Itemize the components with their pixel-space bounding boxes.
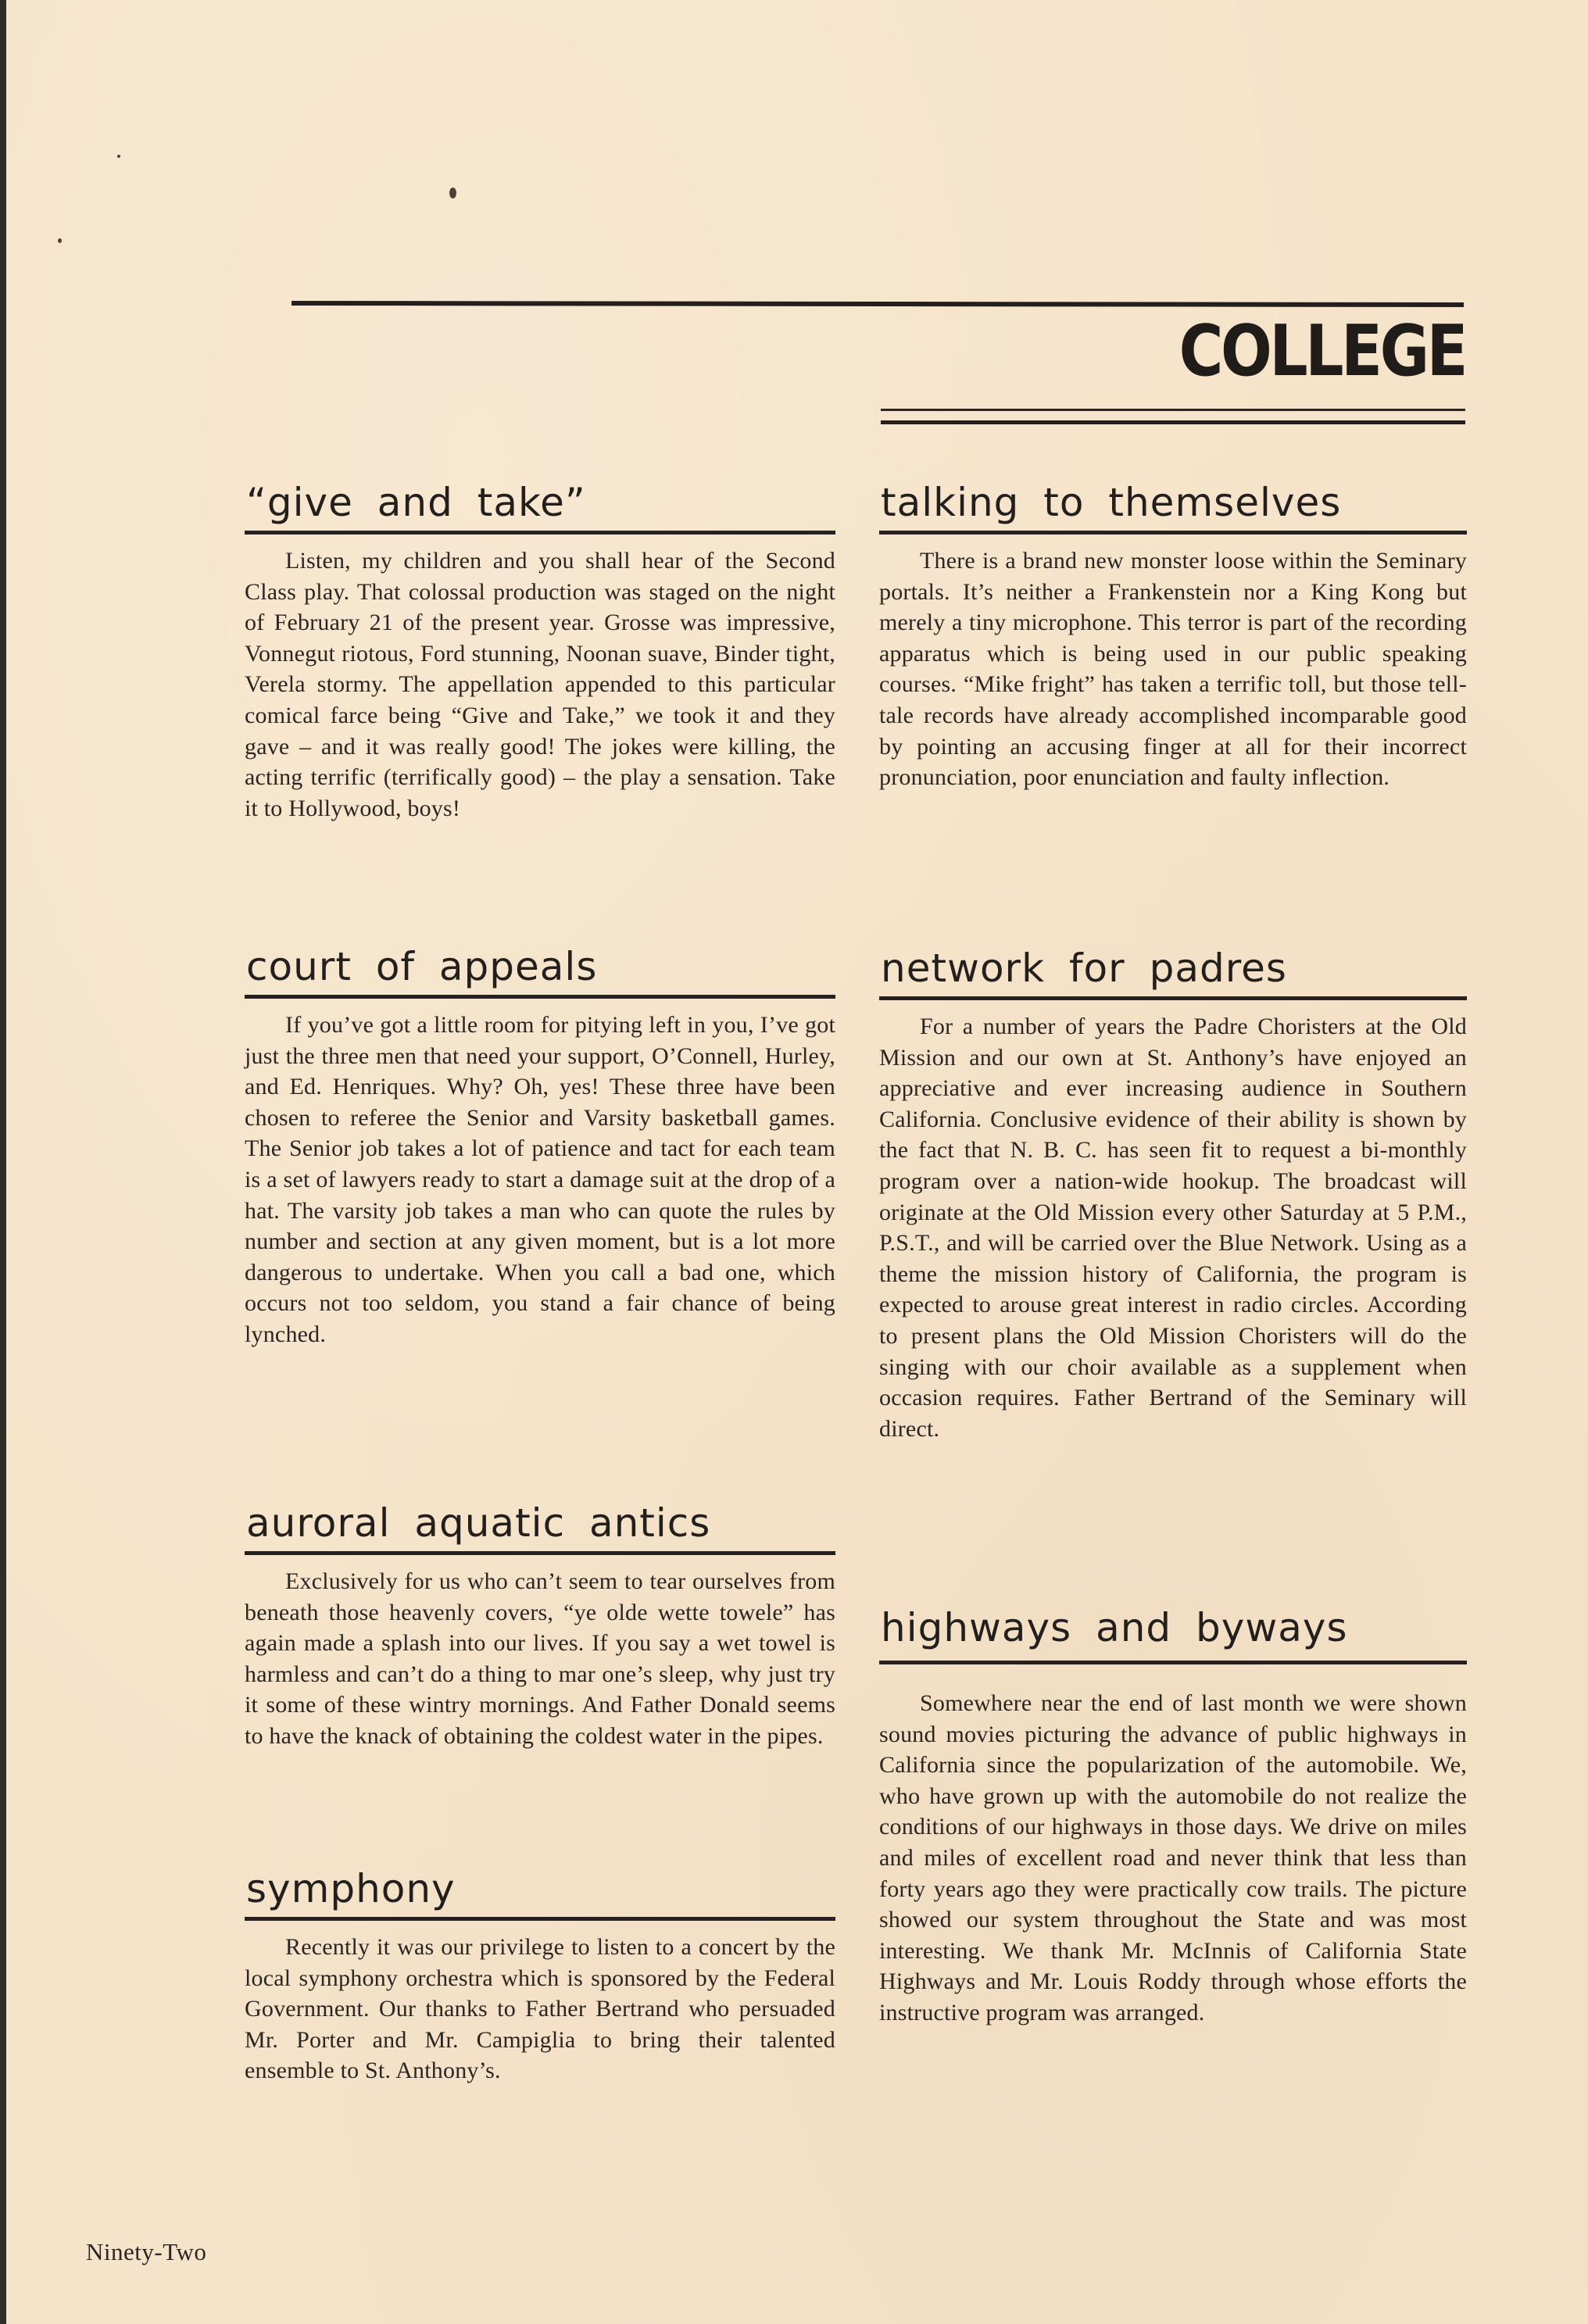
header-top-rule: [291, 301, 1464, 307]
article-court-of-appeals: court of appeals If you’ve got a little …: [245, 946, 835, 1350]
article-body: There is a brand new monster loose withi…: [879, 545, 1467, 793]
article-heading: talking to themselves: [879, 481, 1467, 524]
page-binding-edge: [0, 0, 6, 2324]
article-heading: network for padres: [879, 947, 1467, 990]
article-network-for-padres: network for padres For a number of years…: [879, 947, 1467, 1444]
article-body: For a number of years the Padre Choriste…: [879, 1011, 1467, 1444]
heading-rule: [879, 531, 1467, 535]
paper-speck: [58, 238, 62, 243]
article-symphony: symphony Recently it was our privilege t…: [245, 1868, 835, 2086]
article-talking-to-themselves: talking to themselves There is a brand n…: [879, 481, 1467, 793]
article-auroral-aquatic-antics: auroral aquatic antics Exclusively for u…: [245, 1502, 835, 1752]
heading-rule: [879, 1661, 1467, 1664]
page-number: Ninety-Two: [86, 2238, 206, 2266]
paper-speck: [117, 155, 120, 158]
heading-rule: [245, 1917, 835, 1921]
article-body: If you’ve got a little room for pitying …: [245, 1010, 835, 1350]
yearbook-page: COLLEGE “give and take” Listen, my child…: [0, 0, 1588, 2324]
heading-rule: [245, 995, 835, 999]
article-heading: symphony: [245, 1868, 835, 1911]
paper-speck: [449, 188, 456, 198]
article-highways-and-byways: highways and byways Somewhere near the e…: [879, 1607, 1467, 2029]
heading-rule: [245, 1551, 835, 1555]
article-body: Exclusively for us who can’t seem to tea…: [245, 1566, 835, 1752]
article-body: Somewhere near the end of last month we …: [879, 1688, 1467, 2029]
article-body: Recently it was our privilege to listen …: [245, 1932, 835, 2086]
heading-rule: [879, 996, 1467, 1000]
article-give-and-take: “give and take” Listen, my children and …: [245, 481, 835, 824]
article-heading: highways and byways: [879, 1607, 1467, 1650]
article-body: Listen, my children and you shall hear o…: [245, 545, 835, 824]
article-heading: “give and take”: [245, 481, 835, 524]
article-heading: auroral aquatic antics: [245, 1502, 835, 1545]
header-rule-thin: [881, 409, 1465, 411]
section-title: COLLEGE: [1179, 316, 1465, 387]
header-rule-thick: [881, 420, 1465, 424]
article-heading: court of appeals: [245, 946, 835, 989]
heading-rule: [245, 531, 835, 535]
